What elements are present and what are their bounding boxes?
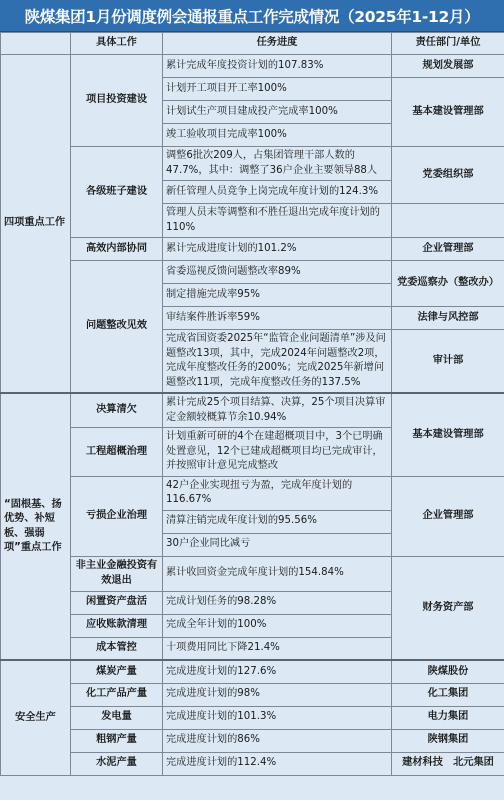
task-progress: 竣工验收项目完成率100% [163,124,392,147]
table-row: 亏损企业治理 42户企业实现扭亏为盈，完成年度计划的116.67% 企业管理部 [1,476,504,510]
table-row: 四项重点工作 项目投资建设 累计完成年度投资计划的107.83% 规划发展部 [1,55,504,78]
task-progress: 计划开工项目开工率100% [163,78,392,101]
task-progress: 完成计划任务的98.28% [163,591,392,614]
table-header-row: 具体工作 任务进度 责任部门/单位 [1,33,504,55]
work-item: 应收账款清理 [71,614,163,637]
task-progress: 完成进度计划的127.6% [163,660,392,683]
task-progress: 新任管理人员竞争上岗完成年度计划的124.3% [163,181,392,204]
work-item: 闲置资产盘活 [71,591,163,614]
section-name: 四项重点工作 [1,55,71,394]
page-title: 陕煤集团1月份调度例会通报重点工作完成情况（2025年1-12月） [0,0,504,32]
table-row: 水泥产量 完成进度计划的112.4% 建材科技 北元集团 [1,752,504,775]
task-progress: 完成进度计划的98% [163,683,392,706]
table-row: 问题整改见效 省委巡视反馈问题整改率89% 党委巡察办（整改办） [1,261,504,284]
task-progress: 42户企业实现扭亏为盈，完成年度计划的116.67% [163,476,392,510]
header-dept: 责任部门/单位 [392,33,504,55]
task-progress: 计划重新可研的4个在建超概项目中，3个已明确处置意见，12个已建成超概项目均已完… [163,428,392,477]
header-work: 具体工作 [71,33,163,55]
task-progress: 十项费用同比下降21.4% [163,637,392,660]
dept: 法律与风控部 [392,307,504,330]
dept: 基本建设管理部 [392,393,504,476]
dept: 陕煤股份 [392,660,504,683]
work-item: 粗钢产量 [71,729,163,752]
task-progress: 累计完成进度计划的101.2% [163,238,392,261]
task-progress: 完成进度计划的86% [163,729,392,752]
work-item: 水泥产量 [71,752,163,775]
task-progress: 完成全年计划的100% [163,614,392,637]
work-item: 化工产品产量 [71,683,163,706]
dept: 党委巡察办（整改办） [392,261,504,307]
section-name: 安全生产 [1,660,71,775]
dept: 党委组织部 [392,147,504,204]
task-progress: 累计完成25个项目结算、决算，25个项目决算审定金额较概算节余10.94% [163,393,392,428]
section-name: “固根基、扬优势、补短板、强弱项”重点工作 [1,393,71,660]
dept: 基本建设管理部 [392,78,504,147]
table-row: 粗钢产量 完成进度计划的86% 陕钢集团 [1,729,504,752]
table-row: 化工产品产量 完成进度计划的98% 化工集团 [1,683,504,706]
work-item: 成本管控 [71,637,163,660]
dept: 陕钢集团 [392,729,504,752]
task-progress: 完成省国资委2025年“监管企业问题清单”涉及问题整改13项，其中，完成2024… [163,330,392,394]
dept: 企业管理部 [392,476,504,556]
header-progress: 任务进度 [163,33,392,55]
work-item: 项目投资建设 [71,55,163,147]
work-item: 决算清欠 [71,393,163,428]
dept: 企业管理部 [392,238,504,261]
table-row: 安全生产 煤炭产量 完成进度计划的127.6% 陕煤股份 [1,660,504,683]
work-item: 煤炭产量 [71,660,163,683]
task-progress: 计划试生产项目建成投产完成率100% [163,101,392,124]
dept: 规划发展部 [392,55,504,78]
work-item: 亏损企业治理 [71,476,163,556]
task-progress: 审结案件胜诉率59% [163,307,392,330]
table-row: 发电量 完成进度计划的101.3% 电力集团 [1,706,504,729]
dept: 审计部 [392,330,504,394]
dept: 化工集团 [392,683,504,706]
table-row: “固根基、扬优势、补短板、强弱项”重点工作 决算清欠 累计完成25个项目结算、决… [1,393,504,428]
dept: 建材科技 北元集团 [392,752,504,775]
task-progress: 累计完成年度投资计划的107.83% [163,55,392,78]
work-item: 发电量 [71,706,163,729]
task-progress: 清算注销完成年度计划的95.56% [163,510,392,533]
task-progress: 完成进度计划的101.3% [163,706,392,729]
task-progress: 30户企业同比减亏 [163,533,392,556]
header-category [1,33,71,55]
work-item: 工程超概治理 [71,428,163,477]
work-item: 各级班子建设 [71,147,163,238]
task-progress: 管理人员末等调整和不胜任退出完成年度计划的110% [163,204,392,238]
table-row: 各级班子建设 调整6批次209人，占集团管理干部人数的47.7%，其中：调整了3… [1,147,504,181]
task-progress: 累计收回资金完成年度计划的154.84% [163,556,392,591]
work-item: 非主业金融投资有效退出 [71,556,163,591]
dept: 电力集团 [392,706,504,729]
task-progress: 省委巡视反馈问题整改率89% [163,261,392,284]
work-item: 高效内部协同 [71,238,163,261]
table-row: 高效内部协同 累计完成进度计划的101.2% 企业管理部 [1,238,504,261]
dept: 财务资产部 [392,556,504,660]
task-progress: 调整6批次209人，占集团管理干部人数的47.7%，其中：调整了36户企业主要领… [163,147,392,181]
dept [392,204,504,238]
table-row: 非主业金融投资有效退出 累计收回资金完成年度计划的154.84% 财务资产部 [1,556,504,591]
task-progress: 制定措施完成率95% [163,284,392,307]
work-item: 问题整改见效 [71,261,163,394]
progress-table: 具体工作 任务进度 责任部门/单位 四项重点工作 项目投资建设 累计完成年度投资… [0,32,504,776]
task-progress: 完成进度计划的112.4% [163,752,392,775]
